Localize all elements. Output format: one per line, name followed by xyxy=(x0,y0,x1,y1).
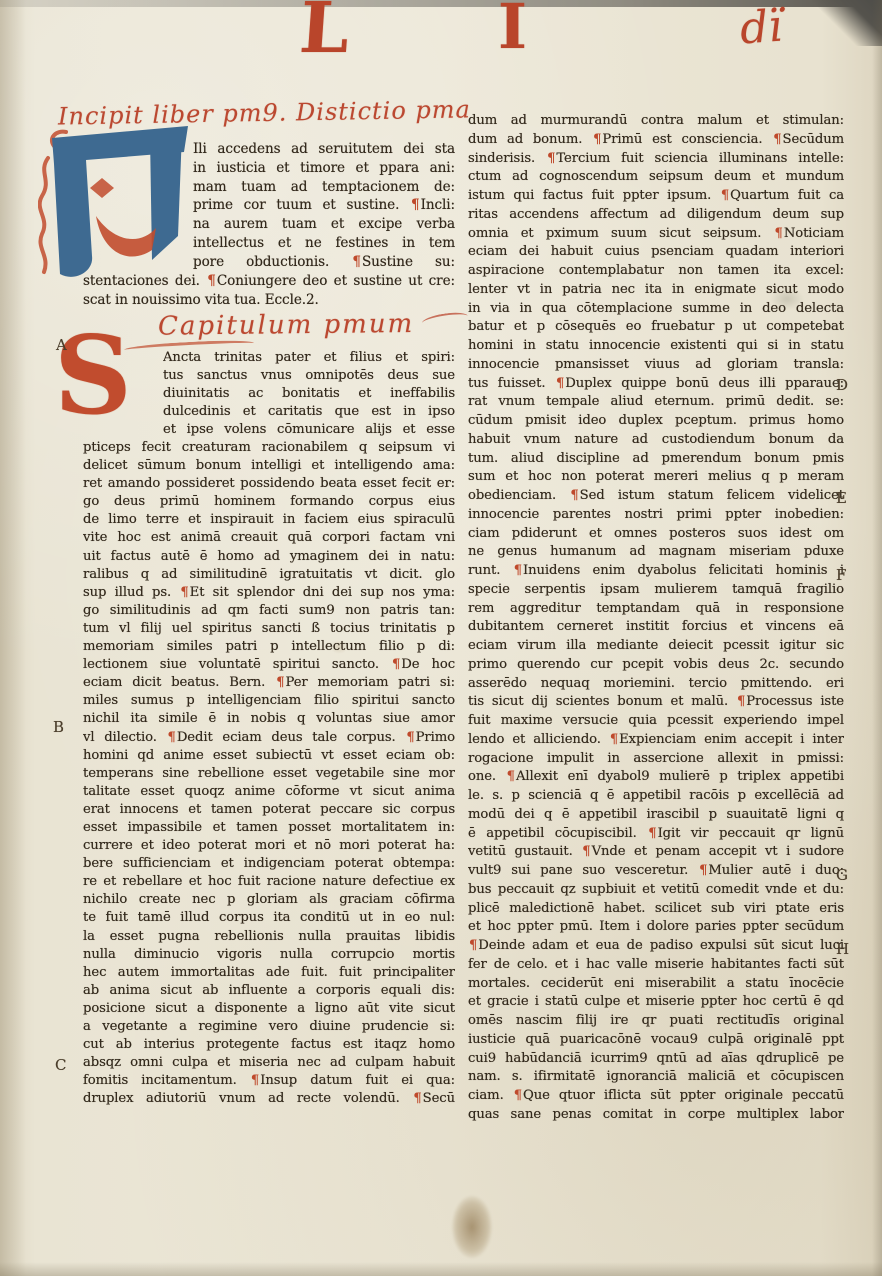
text-line: vetitū gustauit. ¶Vnde et penam accepit … xyxy=(468,843,844,862)
text-line: fer de celo. et i hac valle miserie habi… xyxy=(468,956,844,975)
text-line: istum qui factus fuit ppter ipsum. ¶Quar… xyxy=(468,187,844,206)
paraph-mark: ¶ xyxy=(720,188,730,203)
paraph-mark: ¶ xyxy=(275,675,285,690)
text-line: rogacione impulit in assercione allexit … xyxy=(468,750,844,769)
text-line: eciam dei habuit cuius psenciam quadam i… xyxy=(468,243,844,262)
folio-mark: dï xyxy=(738,1,784,55)
text-line: homini qd anime esset subiectū vt esset … xyxy=(83,747,455,765)
text-line: cui9 habūdanciā icurrim9 qntū ad aīas qd… xyxy=(468,1050,844,1069)
text-line: quas sane penas comitat in corpe multipl… xyxy=(468,1106,844,1125)
text-line: fuit maxime versucie quia pcessit experi… xyxy=(468,712,844,731)
text-line: asserēdo nequaq moriemini. tercio pmitte… xyxy=(468,675,844,694)
paraph-mark: ¶ xyxy=(412,1091,422,1106)
opening-paragraph-full: stentaciones dei. ¶Coniungere deo et sus… xyxy=(83,272,455,310)
margin-letter: A xyxy=(56,336,67,354)
text-line: bus peccauit qz supbiuit et vetitū comed… xyxy=(468,881,844,900)
text-line: innocencie parentes nostri primi ppter i… xyxy=(468,506,844,525)
text-line: one. ¶Allexit enī dyabol9 mulierē p trip… xyxy=(468,768,844,787)
paraph-mark: ¶ xyxy=(391,657,401,672)
paraph-mark: ¶ xyxy=(250,1073,260,1088)
text-line: tus fuisset. ¶Duplex quippe bonū deus il… xyxy=(468,375,844,394)
paraph-mark: ¶ xyxy=(506,769,516,784)
text-line: sinderisis. ¶Tercium fuit sciencia illum… xyxy=(468,150,844,169)
paraph-mark: ¶ xyxy=(410,197,421,213)
text-line: eciam virum illa mediante deiecit pcessi… xyxy=(468,637,844,656)
text-line: uit factus autē ē homo ad ymaginem dei i… xyxy=(83,548,455,566)
text-line: prime cor tuum et sustine. ¶Incli: xyxy=(193,196,455,215)
text-line: dum ad murmurandū contra malum et stimul… xyxy=(468,112,844,131)
paraph-mark: ¶ xyxy=(569,488,579,503)
text-line: diuinitatis ac bonitatis et ineffabilis xyxy=(163,385,455,403)
text-line: dubitantem cerneret institit forcius et … xyxy=(468,618,844,637)
paraph-mark: ¶ xyxy=(772,132,782,147)
text-line: nichilo create nec p gloriam als graciam… xyxy=(83,891,455,909)
text-line: aspiracione contemplabatur non tamen ita… xyxy=(468,262,844,281)
text-line: tus sanctus vnus omnipotēs deus sue xyxy=(163,367,455,385)
text-line: talitate esset quoqz anime cōforme vt si… xyxy=(83,783,455,801)
paraph-mark: ¶ xyxy=(592,132,602,147)
opening-paragraph-indented: Ili accedens ad seruitutem dei stain ius… xyxy=(193,140,455,272)
text-line: omēs nascim filij ire qr puati rectitudī… xyxy=(468,1012,844,1031)
paraph-mark: ¶ xyxy=(555,376,565,391)
text-line: rat vnum tempale aliud eternum. primū de… xyxy=(468,393,844,412)
text-line: omnia et pximum suum sicut seipsum. ¶Not… xyxy=(468,225,844,244)
photo-edge-bottom xyxy=(0,1262,882,1276)
text-line: vl dilectio. ¶Dedit eciam deus tale corp… xyxy=(83,729,455,747)
page-binding-shadow xyxy=(0,0,26,1276)
text-line: et ipse volens cōmunicare alijs et esse xyxy=(163,421,455,439)
parchment-stain xyxy=(452,1196,492,1258)
text-line: et hoc ppter pmū. Item i dolore paries p… xyxy=(468,918,844,937)
paraph-mark: ¶ xyxy=(698,863,708,878)
text-line: ab anima sicut ab influente a corporis e… xyxy=(83,982,455,1000)
text-line: pticeps fecit creaturam racionabilem q s… xyxy=(83,439,455,457)
text-line: na aurem tuam et excipe verba xyxy=(193,215,455,234)
text-line: temperans sine rebellione esset vegetabi… xyxy=(83,765,455,783)
text-line: plicē maledictionē habet. scilicet sub v… xyxy=(468,900,844,919)
paraph-mark: ¶ xyxy=(546,151,556,166)
text-line: druplex adiutoriū vnum ad recte volendū.… xyxy=(83,1090,455,1108)
right-column: dum ad murmurandū contra malum et stimul… xyxy=(468,112,844,1125)
text-line: sup illud ps. ¶Et sit splendor dni dei s… xyxy=(83,584,455,602)
text-line: nam. s. ifirmitatē ignoranciā maliciā et… xyxy=(468,1068,844,1087)
margin-letter: F xyxy=(836,566,846,584)
text-line: rem aggreditur temptandam quā in respons… xyxy=(468,600,844,619)
text-line: ne genus humanum ad magnam miseriam pdux… xyxy=(468,543,844,562)
text-line: ¶Deinde adam et eua de padiso expulsi sū… xyxy=(468,937,844,956)
text-line: esset impassibile et tamen posset mortal… xyxy=(83,819,455,837)
text-line: lendo et alliciendo. ¶Expienciam enim ac… xyxy=(468,731,844,750)
text-line: vult9 sui pane suo vesceretur. ¶Mulier a… xyxy=(468,862,844,881)
text-line: ctum ad cognoscendum seipsum deum et mun… xyxy=(468,168,844,187)
text-line: habuit vnum nature ad custodiendum bonum… xyxy=(468,431,844,450)
text-line: cut ab interius protegente factus est it… xyxy=(83,1036,455,1054)
paraph-mark: ¶ xyxy=(736,694,746,709)
text-line: Ili accedens ad seruitutem dei sta xyxy=(193,140,455,159)
text-line: ralibus q ad similitudinē igratuitatis v… xyxy=(83,566,455,584)
paraph-mark: ¶ xyxy=(405,730,415,745)
text-line: et gracie i statū culpe et miserie ppter… xyxy=(468,993,844,1012)
text-line: mortales. ceciderūt eni miserabilit a st… xyxy=(468,975,844,994)
paraph-mark: ¶ xyxy=(647,826,657,841)
text-line: intellectus et ne festines in tem xyxy=(193,234,455,253)
text-line: batur et p cōsequēs eo fruebatur p ut co… xyxy=(468,318,844,337)
text-line: dulcedinis et caritatis que est in ipso xyxy=(163,403,455,421)
text-line: pore obductionis. ¶Sustine su: xyxy=(193,253,455,272)
margin-letter: D xyxy=(836,376,848,394)
text-line: in iusticia et timore et ppara ani: xyxy=(193,159,455,178)
text-line: vite hoc est animā creauit quā corpori f… xyxy=(83,529,455,547)
paraph-mark: ¶ xyxy=(206,273,217,289)
decorated-initial-F xyxy=(38,124,196,294)
text-line: go deus primū hominem formando corpus ei… xyxy=(83,493,455,511)
text-line: iusticie quā puaricacōnē vocau9 culpā or… xyxy=(468,1031,844,1050)
margin-letter: B xyxy=(53,718,64,736)
text-line: la esset pugna rebellionis nulla prauita… xyxy=(83,928,455,946)
text-line: delicet sūmum bonum intelligi et intelli… xyxy=(83,457,455,475)
text-line: a vegetante a regimine vero diuine prude… xyxy=(83,1018,455,1036)
chapter-rubric: Capitulum pmum xyxy=(158,308,469,341)
text-line: obedienciam. ¶Sed istum statum felicem v… xyxy=(468,487,844,506)
text-line: homini in statu innocencie existenti qui… xyxy=(468,337,844,356)
text-line: stentaciones dei. ¶Coniungere deo et sus… xyxy=(83,272,455,291)
text-line: scat in nouissimo vita tua. Eccle.2. xyxy=(83,291,455,310)
text-line: go similitudinis ad qm facti sum9 non pa… xyxy=(83,602,455,620)
text-line: innocencie pmansisset viuus ad gloriam t… xyxy=(468,356,844,375)
paraph-mark: ¶ xyxy=(513,1088,523,1103)
margin-letter: H xyxy=(836,940,849,958)
text-line: re et rebellare et hoc fuit racione natu… xyxy=(83,873,455,891)
chapter-paragraph-indented: Ancta trinitas pater et filius et spiri:… xyxy=(163,349,455,439)
text-line: dum ad bonum. ¶Primū est consciencia. ¶S… xyxy=(468,131,844,150)
text-line: ritas accendens affectum ad diligendum d… xyxy=(468,206,844,225)
text-line: runt. ¶Inuidens enim dyabolus felicitati… xyxy=(468,562,844,581)
text-line: fomitis incitamentum. ¶Insup datum fuit … xyxy=(83,1072,455,1090)
text-line: ē appetibil cōcupiscibil. ¶Igit vir pecc… xyxy=(468,825,844,844)
text-line: ciam pdiderunt et omnes posteros suos id… xyxy=(468,525,844,544)
paraph-mark: ¶ xyxy=(581,844,591,859)
text-line: memoriam similes patri p intellectum fil… xyxy=(83,638,455,656)
text-line: ciam. ¶Que qtuor iflicta sūt ppter origi… xyxy=(468,1087,844,1106)
margin-letter: G xyxy=(836,866,848,884)
text-line: currere et ideo poterat mori et nō mori … xyxy=(83,837,455,855)
text-line: de limo terre et inspirauit in faciem ei… xyxy=(83,511,455,529)
photo-edge-right xyxy=(872,0,882,1276)
text-line: Ancta trinitas pater et filius et spiri: xyxy=(163,349,455,367)
paraph-mark: ¶ xyxy=(468,938,478,953)
text-line: nichil ita simile ē in nobis q voluntas … xyxy=(83,710,455,728)
text-line: tis sicut dij scientes bonum et malū. ¶P… xyxy=(468,693,844,712)
text-line: in via in qua cōtemplacione summe in deo… xyxy=(468,300,844,319)
paraph-mark: ¶ xyxy=(167,730,177,745)
text-line: hec autem immortalitas ade fuit. fuit pr… xyxy=(83,964,455,982)
text-line: lenter vt in patria nec ita in enigmate … xyxy=(468,281,844,300)
running-head-glyph: I xyxy=(498,0,527,63)
text-line: ret amando possideret possidendo beata e… xyxy=(83,475,455,493)
text-line: nulla diminucio vigoris nulla corrupcio … xyxy=(83,946,455,964)
paraph-mark: ¶ xyxy=(609,732,619,747)
paraph-mark: ¶ xyxy=(351,254,362,270)
margin-letter: E xyxy=(836,489,847,507)
text-line: posicione sicut a disponente a ligno aūt… xyxy=(83,1000,455,1018)
text-line: tum vl filij uel spiritus sancti ß tociu… xyxy=(83,620,455,638)
text-line: sum et hoc non poterat mereri melius q p… xyxy=(468,468,844,487)
text-line: bere sufficienciam et indigenciam potera… xyxy=(83,855,455,873)
manuscript-page: L I dï Incipit liber pm9. Distictio pma … xyxy=(0,0,882,1276)
text-line: lectionem siue voluntatē spiritui sancto… xyxy=(83,656,455,674)
text-line: erat innocens et tamen poterat peccare s… xyxy=(83,801,455,819)
text-line: absqz omni culpa et miseria nec ad culpa… xyxy=(83,1054,455,1072)
text-line: cūdum pmisit ideo duplex pceptum. primus… xyxy=(468,412,844,431)
initial-filigree xyxy=(40,158,48,272)
margin-letter: C xyxy=(55,1056,66,1074)
chapter-paragraph-full: pticeps fecit creaturam racionabilem q s… xyxy=(83,439,455,1108)
text-line: tum. aliud discipline ad pmerendum bonum… xyxy=(468,450,844,469)
text-line: le. s. p scienciā q ē appetibil racōis p… xyxy=(468,787,844,806)
text-line: modū dei q ē appetibil irascibil p suaui… xyxy=(468,806,844,825)
text-line: primo querendo cur pcepit vobis deus 2c.… xyxy=(468,656,844,675)
text-line: te fuit tamē illud corpus ita conditū ut… xyxy=(83,909,455,927)
paraph-mark: ¶ xyxy=(179,585,189,600)
text-line: miles sumus p intelligenciam filio spiri… xyxy=(83,692,455,710)
running-head-glyph: L xyxy=(297,0,352,69)
paraph-mark: ¶ xyxy=(513,563,523,578)
text-line: specie serpentis ipsam mulierem tamquā f… xyxy=(468,581,844,600)
paraph-mark: ¶ xyxy=(774,226,784,241)
text-line: eciam dicit beatus. Bern. ¶Per memoriam … xyxy=(83,674,455,692)
text-line: mam tuam ad temptacionem de: xyxy=(193,178,455,197)
